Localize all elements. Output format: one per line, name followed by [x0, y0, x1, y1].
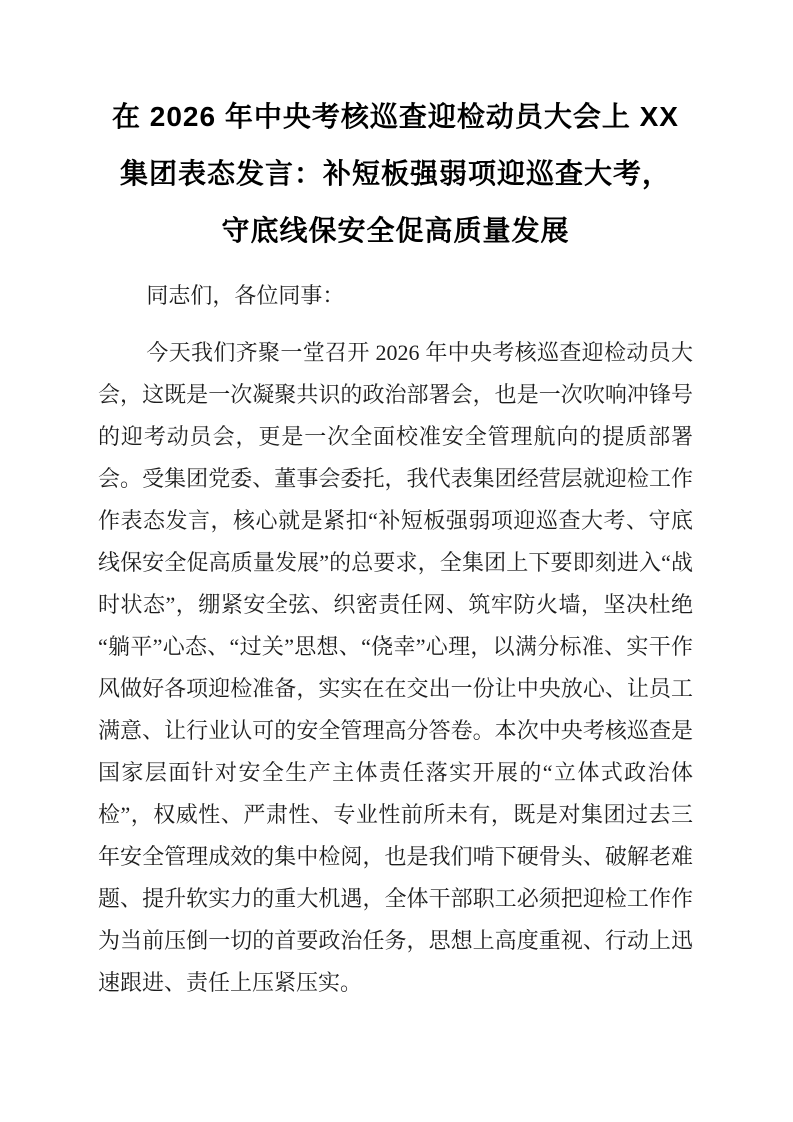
title-line-1: 在 2026 年中央考核巡查迎检动员大会上 XX	[98, 88, 693, 145]
document-body: 同志们，各位同事： 今天我们齐聚一堂召开 2026 年中央考核巡查迎检动员大会，…	[98, 275, 693, 1004]
body-paragraph: 今天我们齐聚一堂召开 2026 年中央考核巡查迎检动员大会，这既是一次凝聚共识的…	[98, 332, 693, 1004]
document-title: 在 2026 年中央考核巡查迎检动员大会上 XX 集团表态发言：补短板强弱项迎巡…	[98, 62, 693, 259]
salutation: 同志们，各位同事：	[98, 275, 693, 317]
document-page: 在 2026 年中央考核巡查迎检动员大会上 XX 集团表态发言：补短板强弱项迎巡…	[0, 0, 793, 1122]
title-line-3: 守底线保安全促高质量发展	[98, 202, 693, 259]
title-line-2: 集团表态发言：补短板强弱项迎巡查大考，	[98, 145, 693, 202]
